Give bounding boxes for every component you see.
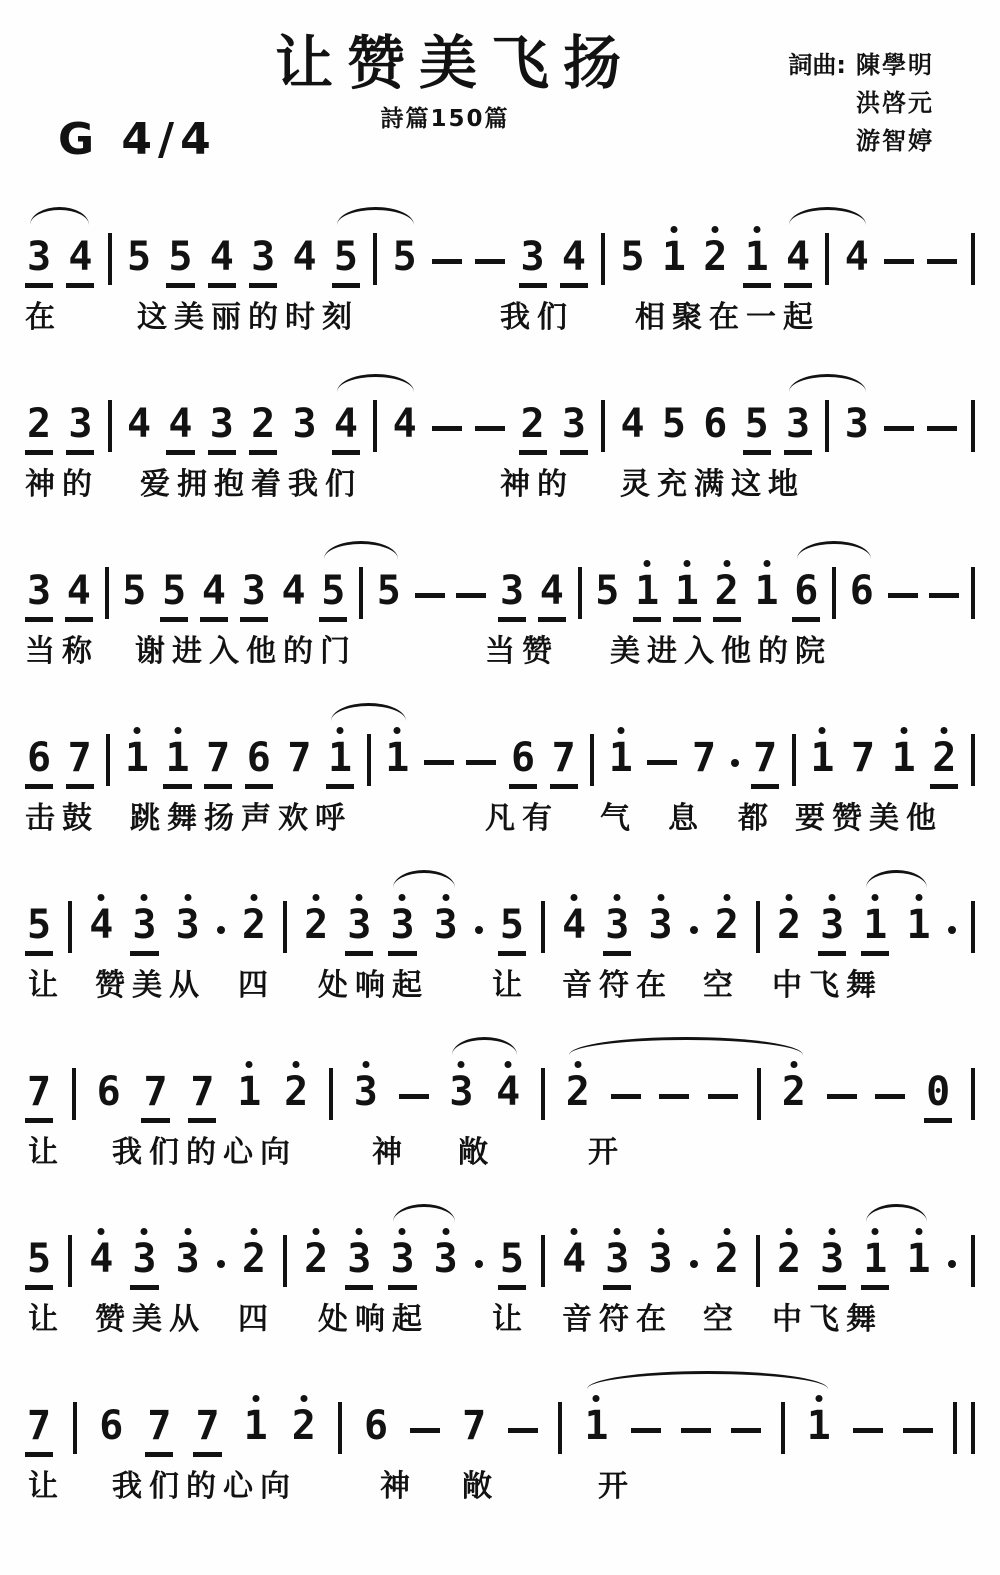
- lyric-syllable: 敞: [462, 1461, 499, 1505]
- slur-arc: [30, 207, 89, 225]
- note: 6: [97, 1406, 125, 1457]
- lyrics-row: 让赞美从四处响起让音符在空中飞舞: [0, 960, 1000, 1000]
- note: 4: [87, 1239, 115, 1290]
- note: 7: [285, 738, 313, 789]
- note: 3: [208, 404, 236, 455]
- note: 3: [352, 1072, 380, 1123]
- note: 2: [302, 1239, 330, 1290]
- note: 1: [163, 738, 191, 789]
- lyrics-row: 让赞美从四处响起让音符在空中飞舞: [0, 1294, 1000, 1334]
- note: 1: [904, 1239, 932, 1290]
- lyric-syllable: 神的: [25, 459, 99, 503]
- duration-dash-icon: [415, 593, 445, 598]
- barline-icon: [68, 901, 72, 953]
- barline-icon: [971, 400, 975, 452]
- lyric-syllable: 当称: [25, 626, 99, 670]
- note: 3: [388, 1239, 416, 1290]
- note: 3: [345, 1239, 373, 1290]
- duration-dash-icon: [884, 426, 914, 431]
- lyric-syllable: 我们的心向: [112, 1127, 297, 1171]
- note: 7: [25, 1406, 53, 1457]
- note: 3: [432, 1239, 460, 1290]
- duration-dash-icon: [466, 760, 496, 765]
- note: 3: [843, 404, 871, 455]
- slur-arc: [866, 870, 927, 888]
- credits: 詞曲: 陳學明洪啓元游智婷: [788, 46, 934, 160]
- lyric-syllable: 开: [598, 1461, 635, 1505]
- music-line: 543322333543322311让赞美从四处响起让音符在空中飞舞: [0, 864, 1000, 1000]
- duration-dash-icon: [424, 760, 454, 765]
- note: 3: [560, 404, 588, 455]
- note: 7: [460, 1406, 488, 1457]
- duration-dash-icon: [888, 593, 918, 598]
- lyric-syllable: 这美丽的时刻: [137, 292, 359, 336]
- note: 4: [125, 404, 153, 455]
- note: 2: [713, 1239, 741, 1290]
- slur-arc: [452, 1037, 517, 1055]
- barline-icon: [756, 1235, 760, 1287]
- note: 5: [160, 571, 188, 622]
- barline-icon: [108, 233, 112, 285]
- lyric-syllable: 相聚在一起: [635, 292, 820, 336]
- note: 6: [25, 738, 53, 789]
- barline-icon: [971, 1068, 975, 1120]
- note: 7: [145, 1406, 173, 1457]
- duration-dash-icon: [927, 426, 957, 431]
- note: 3: [249, 237, 277, 288]
- augmentation-dot-icon: [948, 926, 956, 934]
- lyric-syllable: 开: [588, 1127, 625, 1171]
- note: 3: [447, 1072, 475, 1123]
- note: 4: [843, 237, 871, 288]
- duration-dash-icon: [731, 1428, 761, 1433]
- note: 3: [174, 1239, 202, 1290]
- note: 3: [603, 905, 631, 956]
- slur-arc: [337, 207, 414, 225]
- note: 1: [326, 738, 354, 789]
- credit-name: 洪啓元: [856, 84, 934, 122]
- lyric-syllable: 让: [28, 960, 65, 1004]
- music-line: 34554345534512144在这美丽的时刻我们相聚在一起: [0, 196, 1000, 332]
- barline-icon: [971, 1235, 975, 1287]
- lyric-syllable: 凡有: [485, 793, 559, 837]
- barline-icon: [756, 901, 760, 953]
- duration-dash-icon: [853, 1428, 883, 1433]
- slur-arc: [331, 703, 406, 721]
- note: 3: [519, 237, 547, 288]
- duration-dash-icon: [611, 1094, 641, 1099]
- lyric-syllable: 空: [703, 960, 740, 1004]
- lyric-syllable: 中飞舞: [772, 1294, 883, 1338]
- note: 4: [208, 237, 236, 288]
- barline-icon: [68, 1235, 72, 1287]
- note: 5: [593, 571, 621, 622]
- lyrics-row: 当称谢进入他的门当赞美进入他的院: [0, 626, 1000, 666]
- credit-name: 游智婷: [856, 122, 934, 160]
- duration-dash-icon: [432, 426, 462, 431]
- note: 3: [818, 1239, 846, 1290]
- duration-dash-icon: [508, 1428, 538, 1433]
- barline-icon: [541, 901, 545, 953]
- barline-icon: [558, 1402, 562, 1454]
- slur-arc: [789, 374, 866, 392]
- notes-row: 7677126711: [25, 1365, 975, 1457]
- barline-icon: [73, 1402, 77, 1454]
- barline-icon: [792, 734, 796, 786]
- notes-row: 345543455345112166: [25, 530, 975, 622]
- slur-arc: [393, 1204, 455, 1222]
- barline-icon: [106, 734, 110, 786]
- lyrics-row: 击鼓跳舞扬声欢呼凡有气息都要赞美他: [0, 793, 1000, 833]
- note: 3: [66, 404, 94, 455]
- duration-dash-icon: [475, 259, 505, 264]
- note: 5: [25, 905, 53, 956]
- lyric-syllable: 爱拥抱着我们: [140, 459, 362, 503]
- slur-arc: [789, 207, 866, 225]
- lyric-syllable: 空: [703, 1294, 740, 1338]
- note: 2: [930, 738, 958, 789]
- song-title: 让赞美飞扬: [0, 16, 910, 100]
- lyric-syllable: 四: [238, 960, 275, 1004]
- lyric-syllable: 跳舞扬声欢呼: [130, 793, 352, 837]
- note: 2: [282, 1072, 310, 1123]
- credit-name: 陳學明: [856, 46, 934, 84]
- note: 4: [291, 237, 319, 288]
- note: 3: [498, 571, 526, 622]
- note: 5: [498, 1239, 526, 1290]
- note: 3: [432, 905, 460, 956]
- note: 4: [279, 571, 307, 622]
- note: 2: [240, 905, 268, 956]
- note: 7: [25, 1072, 53, 1123]
- note: 1: [808, 738, 836, 789]
- duration-dash-icon: [475, 426, 505, 431]
- augmentation-dot-icon: [217, 1260, 225, 1268]
- note: 6: [848, 571, 876, 622]
- music-line: 671176711671771712击鼓跳舞扬声欢呼凡有气息都要赞美他: [0, 697, 1000, 833]
- barline-icon: [72, 1068, 76, 1120]
- barline-icon: [578, 567, 582, 619]
- note: 1: [890, 738, 918, 789]
- note: 2: [775, 905, 803, 956]
- lyric-syllable: 让: [28, 1127, 65, 1171]
- duration-dash-icon: [927, 259, 957, 264]
- note: 1: [752, 571, 780, 622]
- note: 5: [319, 571, 347, 622]
- note: 1: [805, 1406, 833, 1457]
- note: 7: [849, 738, 877, 789]
- lyric-syllable: 我们: [500, 292, 574, 336]
- barline-icon: [781, 1402, 785, 1454]
- duration-dash-icon: [399, 1094, 429, 1099]
- duration-dash-icon: [456, 593, 486, 598]
- duration-dash-icon: [647, 760, 677, 765]
- barline-icon: [105, 567, 109, 619]
- barline-icon: [283, 901, 287, 953]
- note: 1: [383, 738, 411, 789]
- note: 2: [713, 905, 741, 956]
- note: 3: [345, 905, 373, 956]
- note: 3: [646, 1239, 674, 1290]
- note: 1: [861, 1239, 889, 1290]
- lyric-syllable: 让: [28, 1294, 65, 1338]
- note: 3: [25, 237, 53, 288]
- barline-icon: [825, 400, 829, 452]
- augmentation-dot-icon: [731, 759, 739, 767]
- barline-icon: [590, 734, 594, 786]
- lyric-syllable: 神的: [500, 459, 574, 503]
- note: 3: [646, 905, 674, 956]
- notes-row: 23443234423456533: [25, 363, 975, 455]
- augmentation-dot-icon: [690, 1260, 698, 1268]
- lyric-syllable: 四: [238, 1294, 275, 1338]
- lyric-syllable: 赞美从: [95, 960, 206, 1004]
- duration-dash-icon: [659, 1094, 689, 1099]
- note: 3: [130, 905, 158, 956]
- note: 1: [743, 237, 771, 288]
- note: 5: [125, 237, 153, 288]
- note: 2: [780, 1072, 808, 1123]
- note: 4: [538, 571, 566, 622]
- note: 7: [550, 738, 578, 789]
- note: 3: [603, 1239, 631, 1290]
- note: 4: [619, 404, 647, 455]
- note: 4: [66, 237, 94, 288]
- note: 2: [290, 1406, 318, 1457]
- note: 2: [564, 1072, 592, 1123]
- lyric-syllable: 气: [600, 793, 637, 837]
- lyrics-row: 神的爱拥抱着我们神的灵充满这地: [0, 459, 1000, 499]
- lyric-syllable: 让: [492, 1294, 529, 1338]
- note: 1: [582, 1406, 610, 1457]
- note: 3: [388, 905, 416, 956]
- slur-arc: [866, 1204, 927, 1222]
- barline-icon: [757, 1068, 761, 1120]
- note: 4: [560, 905, 588, 956]
- barline-icon: [338, 1402, 342, 1454]
- note: 7: [751, 738, 779, 789]
- note: 0: [924, 1072, 952, 1123]
- note: 3: [818, 905, 846, 956]
- lyric-syllable: 音符在: [562, 960, 673, 1004]
- music-line: 23443234423456533神的爱拥抱着我们神的灵充满这地: [0, 363, 1000, 499]
- note: 4: [494, 1072, 522, 1123]
- lyrics-row: 让我们的心向神敞开: [0, 1461, 1000, 1501]
- note: 7: [690, 738, 718, 789]
- music-line: 7677126711让我们的心向神敞开: [0, 1365, 1000, 1501]
- lyric-syllable: 处响起: [318, 1294, 429, 1338]
- slur-arc: [337, 374, 414, 392]
- barline-icon: [541, 1235, 545, 1287]
- credits-label: 詞曲:: [788, 46, 846, 160]
- lyric-syllable: 让: [492, 960, 529, 1004]
- duration-dash-icon: [631, 1428, 661, 1433]
- barline-icon: [283, 1235, 287, 1287]
- duration-dash-icon: [884, 259, 914, 264]
- slur-arc: [324, 541, 398, 559]
- note: 3: [784, 404, 812, 455]
- lyric-syllable: 谢进入他的门: [135, 626, 357, 670]
- duration-dash-icon: [708, 1094, 738, 1099]
- note: 1: [235, 1072, 263, 1123]
- lyric-syllable: 美进入他的院: [610, 626, 832, 670]
- note: 6: [792, 571, 820, 622]
- slur-arc: [797, 541, 871, 559]
- note: 2: [519, 404, 547, 455]
- note: 6: [245, 738, 273, 789]
- note: 4: [65, 571, 93, 622]
- slur-arc: [393, 870, 455, 888]
- barline-icon: [373, 233, 377, 285]
- note: 5: [25, 1239, 53, 1290]
- note: 2: [713, 571, 741, 622]
- lyric-syllable: 音符在: [562, 1294, 673, 1338]
- lyric-syllable: 处响起: [318, 960, 429, 1004]
- lyric-syllable: 都: [738, 793, 775, 837]
- note: 6: [701, 404, 729, 455]
- lyric-syllable: 我们的心向: [112, 1461, 297, 1505]
- lyric-syllable: 要赞美他: [795, 793, 943, 837]
- music-line: 345543455345112166当称谢进入他的门当赞美进入他的院: [0, 530, 1000, 666]
- final-barline-icon: [953, 1402, 975, 1454]
- duration-dash-icon: [681, 1428, 711, 1433]
- duration-dash-icon: [410, 1428, 440, 1433]
- lyric-syllable: 让: [28, 1461, 65, 1505]
- note: 5: [498, 905, 526, 956]
- lyric-syllable: 神: [372, 1127, 409, 1171]
- note: 3: [25, 571, 53, 622]
- note: 2: [701, 237, 729, 288]
- note: 4: [87, 905, 115, 956]
- barline-icon: [601, 400, 605, 452]
- note: 1: [861, 905, 889, 956]
- notes-row: 543322333543322311: [25, 864, 975, 956]
- note: 4: [560, 237, 588, 288]
- barline-icon: [601, 233, 605, 285]
- note: 2: [249, 404, 277, 455]
- note: 7: [66, 738, 94, 789]
- key-signature: G 4/4: [58, 114, 217, 165]
- note: 2: [240, 1239, 268, 1290]
- augmentation-dot-icon: [690, 926, 698, 934]
- barline-icon: [329, 1068, 333, 1120]
- barline-icon: [108, 400, 112, 452]
- note: 6: [509, 738, 537, 789]
- note: 3: [174, 905, 202, 956]
- note: 6: [362, 1406, 390, 1457]
- lyrics-row: 让我们的心向神敞开: [0, 1127, 1000, 1167]
- barline-icon: [971, 233, 975, 285]
- duration-dash-icon: [432, 259, 462, 264]
- note: 4: [784, 237, 812, 288]
- note: 4: [166, 404, 194, 455]
- note: 7: [204, 738, 232, 789]
- barline-icon: [541, 1068, 545, 1120]
- note: 4: [560, 1239, 588, 1290]
- notes-row: 767712334220: [25, 1031, 975, 1123]
- note: 5: [332, 237, 360, 288]
- barline-icon: [373, 400, 377, 452]
- lyric-syllable: 中飞舞: [772, 960, 883, 1004]
- music-line: 767712334220让我们的心向神敞开: [0, 1031, 1000, 1167]
- note: 1: [607, 738, 635, 789]
- lyric-syllable: 击鼓: [25, 793, 99, 837]
- notes-row: 671176711671771712: [25, 697, 975, 789]
- note: 5: [375, 571, 403, 622]
- note: 1: [242, 1406, 270, 1457]
- slur-arc: [569, 1037, 803, 1055]
- notes-row: 543322333543322311: [25, 1198, 975, 1290]
- note: 5: [120, 571, 148, 622]
- note: 7: [141, 1072, 169, 1123]
- note: 5: [619, 237, 647, 288]
- lyric-syllable: 敞: [458, 1127, 495, 1171]
- note: 6: [95, 1072, 123, 1123]
- note: 1: [673, 571, 701, 622]
- duration-dash-icon: [903, 1428, 933, 1433]
- lyric-syllable: 神: [380, 1461, 417, 1505]
- lyric-syllable: 在: [25, 292, 62, 336]
- barline-icon: [832, 567, 836, 619]
- sheet-music-page: 让赞美飞扬 詩篇150篇 詞曲: 陳學明洪啓元游智婷 G 4/4 3455434…: [0, 0, 1000, 1575]
- note: 7: [188, 1072, 216, 1123]
- duration-dash-icon: [875, 1094, 905, 1099]
- note: 1: [660, 237, 688, 288]
- duration-dash-icon: [929, 593, 959, 598]
- note: 1: [904, 905, 932, 956]
- note: 1: [633, 571, 661, 622]
- note: 5: [743, 404, 771, 455]
- duration-dash-icon: [827, 1094, 857, 1099]
- note: 4: [200, 571, 228, 622]
- note: 3: [291, 404, 319, 455]
- credits-names: 陳學明洪啓元游智婷: [856, 46, 934, 160]
- note: 1: [123, 738, 151, 789]
- augmentation-dot-icon: [475, 926, 483, 934]
- note: 2: [302, 905, 330, 956]
- lyrics-row: 在这美丽的时刻我们相聚在一起: [0, 292, 1000, 332]
- note: 2: [775, 1239, 803, 1290]
- note: 3: [240, 571, 268, 622]
- note: 2: [25, 404, 53, 455]
- note: 7: [193, 1406, 221, 1457]
- barline-icon: [825, 233, 829, 285]
- barline-icon: [359, 567, 363, 619]
- barline-icon: [971, 734, 975, 786]
- note: 4: [332, 404, 360, 455]
- barline-icon: [971, 901, 975, 953]
- augmentation-dot-icon: [217, 926, 225, 934]
- barline-icon: [367, 734, 371, 786]
- lyric-syllable: 息: [668, 793, 705, 837]
- note: 5: [166, 237, 194, 288]
- augmentation-dot-icon: [948, 1260, 956, 1268]
- music-line: 543322333543322311让赞美从四处响起让音符在空中飞舞: [0, 1198, 1000, 1334]
- slur-arc: [587, 1371, 828, 1389]
- augmentation-dot-icon: [475, 1260, 483, 1268]
- note: 4: [391, 404, 419, 455]
- note: 5: [391, 237, 419, 288]
- note: 5: [660, 404, 688, 455]
- lyric-syllable: 赞美从: [95, 1294, 206, 1338]
- note: 3: [130, 1239, 158, 1290]
- music-lines-container: 34554345534512144在这美丽的时刻我们相聚在一起234432344…: [0, 196, 1000, 1532]
- lyric-syllable: 灵充满这地: [620, 459, 805, 503]
- notes-row: 34554345534512144: [25, 196, 975, 288]
- lyric-syllable: 当赞: [485, 626, 559, 670]
- barline-icon: [971, 567, 975, 619]
